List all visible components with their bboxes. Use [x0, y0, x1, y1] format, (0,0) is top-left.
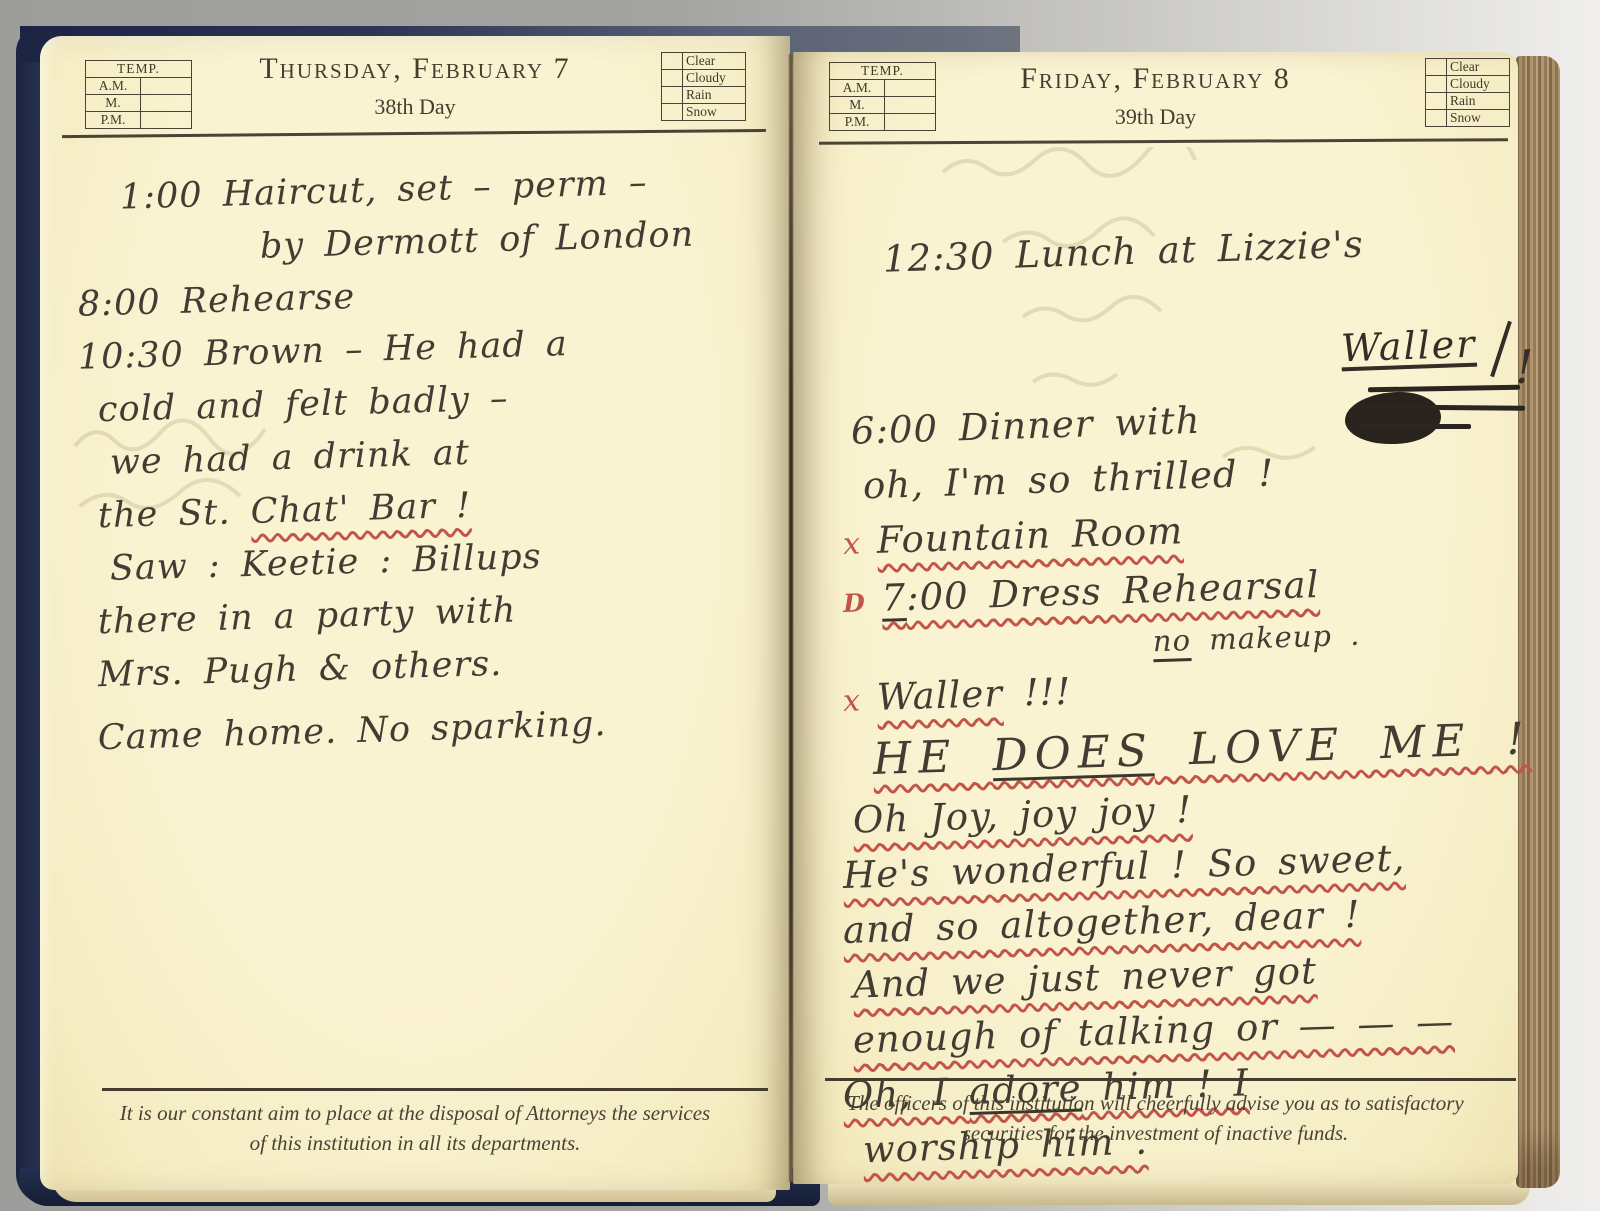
handwritten-text: Oh Joy, joy joy ! [852, 788, 1192, 842]
weather-cloudy: Cloudy [683, 70, 746, 87]
waller-annotation: Waller [1340, 322, 1477, 371]
red-x-mark: x [842, 683, 861, 719]
footer-motto-line2: of this institution in all its departmen… [40, 1128, 790, 1158]
handwritten-entries: 12:30 Lunch at Lizzie's6:00 Dinner witho… [843, 167, 1506, 1178]
weather-snow: Snow [683, 104, 746, 121]
weather-checkbox [1426, 76, 1447, 93]
header-divider [819, 138, 1508, 144]
weather-checkbox [1426, 93, 1447, 110]
handwritten-text: we had a drink at [109, 433, 470, 483]
weather-rain: Rain [1447, 93, 1510, 110]
handwritten-text: 7:00 Dress Rehearsal [881, 563, 1320, 620]
weather-checkbox [662, 53, 683, 70]
footer-motto-line1: The officers of this institution will ch… [793, 1088, 1518, 1118]
handwritten-entries: 1:00 Haircut, set – perm –by Dermott of … [70, 141, 770, 766]
ink-strike-line [1353, 424, 1471, 429]
weather-cloudy: Cloudy [1447, 76, 1510, 93]
weather-checklist: Clear Cloudy Rain Snow [1425, 58, 1510, 127]
page-title: Friday, February 8 [793, 62, 1518, 96]
footer-motto: The officers of this institution will ch… [793, 1088, 1518, 1148]
diary-page-left: TEMP. A.M. M. P.M. Thursday, February 7 … [40, 36, 790, 1190]
red-d-mark: D [843, 588, 867, 618]
handwritten-text: 8:00 Rehearse [77, 277, 355, 325]
weather-checkbox [662, 104, 683, 121]
footer-motto-line1: It is our constant aim to place at the d… [40, 1098, 790, 1128]
handwritten-text: 1:00 Haircut, set – perm – [119, 163, 648, 218]
handwritten-text: the St. Chat' Bar ! [97, 486, 471, 536]
footer-motto: It is our constant aim to place at the d… [40, 1098, 790, 1158]
handwritten-text: 12:30 Lunch at Lizzie's [882, 223, 1364, 281]
weather-snow: Snow [1447, 110, 1510, 127]
page-stack-bottom-right [828, 1181, 1530, 1205]
weather-checklist: Clear Cloudy Rain Snow [661, 52, 746, 121]
handwritten-text: no makeup . [1152, 617, 1361, 658]
book-gutter [789, 54, 793, 1182]
handwritten-text: Waller !!! [876, 669, 1072, 718]
handwritten-text: cold and felt badly – [97, 379, 509, 430]
day-number-label: 39th Day [793, 104, 1518, 130]
handwritten-text: 6:00 Dinner with [850, 398, 1201, 452]
handwritten-text: there in a party with [97, 590, 516, 642]
weather-checkbox [662, 70, 683, 87]
weather-clear: Clear [1447, 59, 1510, 76]
handwritten-text: oh, I'm so thrilled ! [862, 451, 1275, 507]
weather-checkbox [1426, 110, 1447, 127]
weather-clear: Clear [683, 53, 746, 70]
handwritten-text: and so altogether, dear ! [842, 892, 1361, 951]
handwritten-text: Mrs. Pugh & others. [97, 644, 502, 695]
scanned-diary-spread: { "colors":{"page_cream":"#f7efc9","cove… [0, 0, 1600, 1211]
header-divider [62, 129, 766, 138]
handwritten-text: Came home. No sparking. [97, 704, 607, 758]
handwritten-text: 10:30 Brown – He had a [77, 324, 568, 378]
red-x-mark: x [842, 526, 861, 562]
footer-motto-line2: securities for the investment of inactiv… [793, 1118, 1518, 1148]
weather-checkbox [662, 87, 683, 104]
handwritten-line: Came home. No sparking. [69, 694, 770, 767]
weather-checkbox [1426, 59, 1447, 76]
handwritten-text: by Dermott of London [259, 214, 694, 266]
handwritten-text: Saw : Keetie : Billups [109, 537, 542, 589]
handwritten-line: 12:30 Lunch at Lizzie's [842, 212, 1506, 288]
handwritten-text: And we just never got [852, 949, 1317, 1007]
footer-divider [102, 1088, 768, 1091]
footer-divider [825, 1078, 1516, 1081]
diary-page-right: TEMP. A.M. M. P.M. Friday, February 8 39… [793, 52, 1518, 1184]
handwritten-text: Fountain Room [876, 509, 1184, 562]
page-stack-right-edge [1516, 56, 1560, 1188]
weather-rain: Rain [683, 87, 746, 104]
